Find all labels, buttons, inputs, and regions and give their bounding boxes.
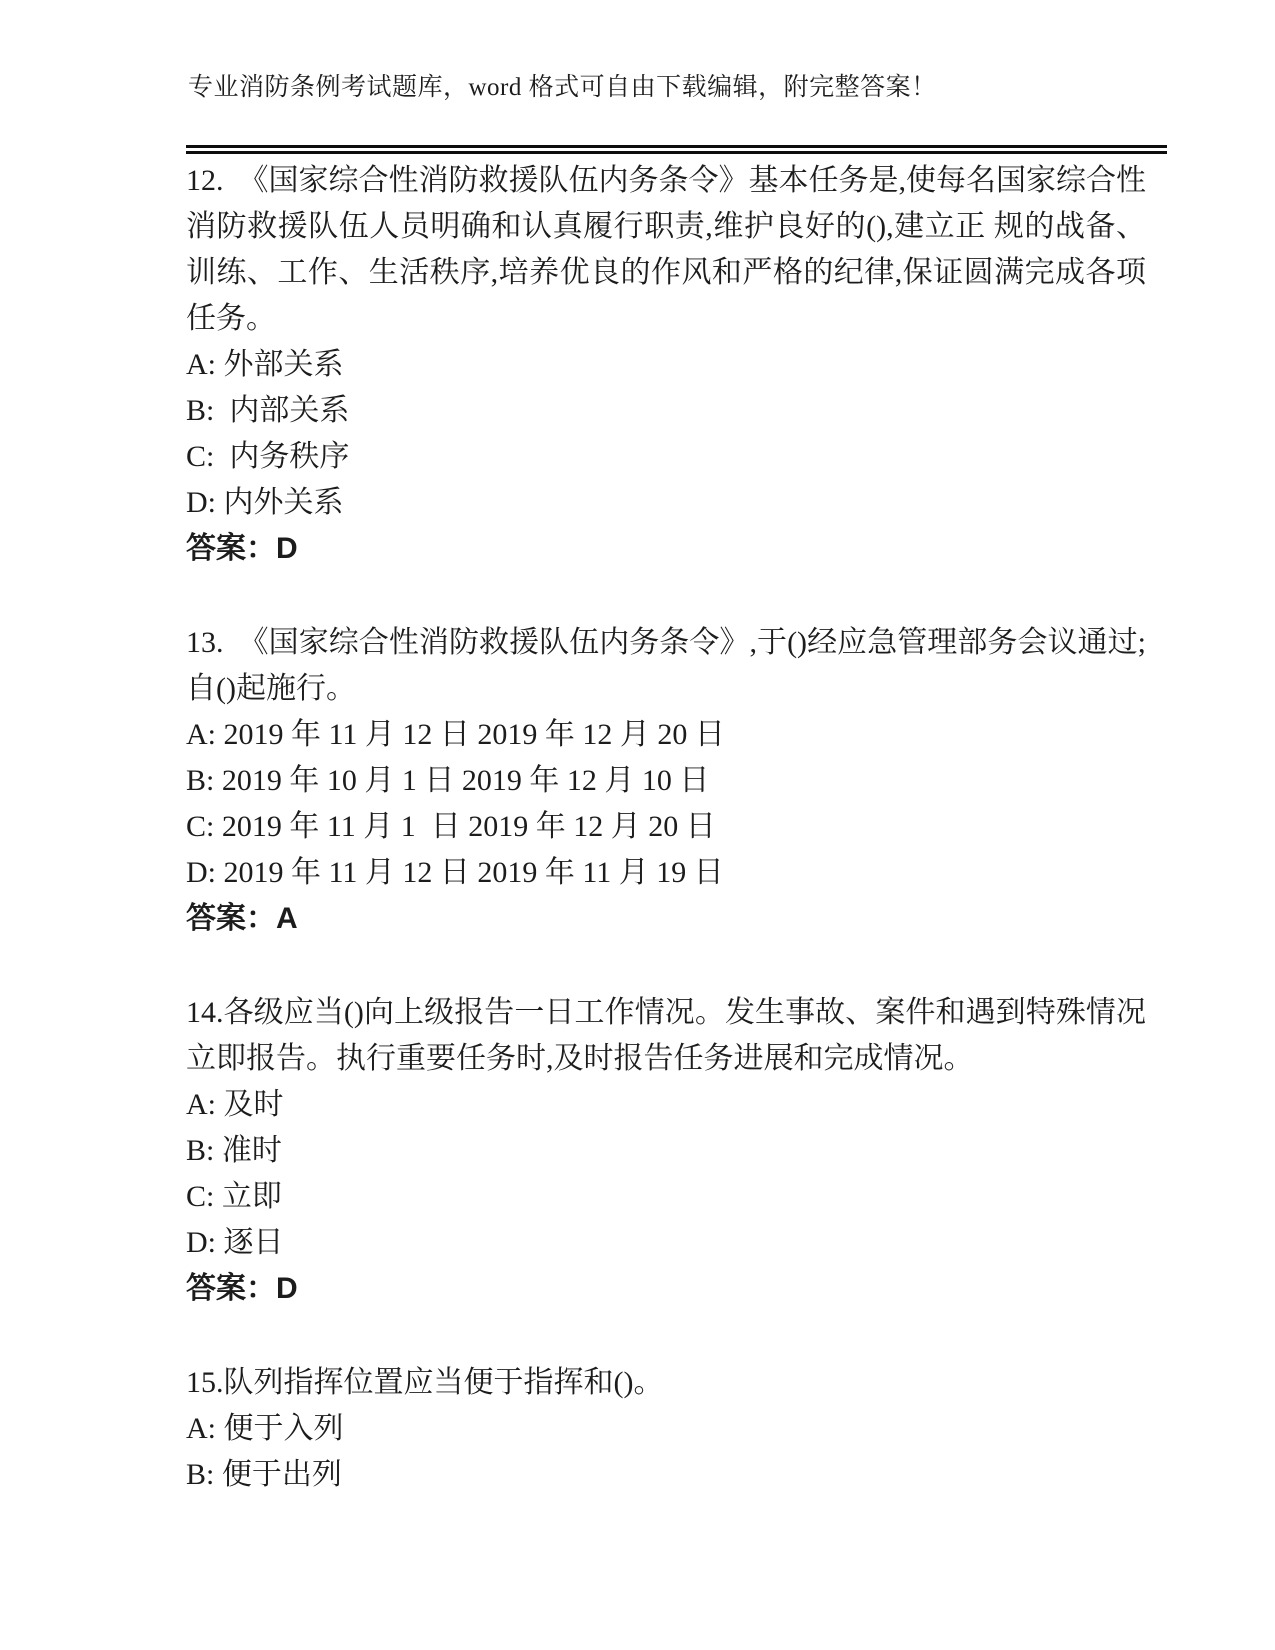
question-text: 15.队列指挥位置应当便于指挥和()。 [186, 1360, 1146, 1406]
question-block-14: 14.各级应当()向上级报告一日工作情况。发生事故、案件和遇到特殊情况立即报告。… [186, 990, 1146, 1312]
question-block-13: 13. 《国家综合性消防救援队伍内务条令》,于()经应急管理部务会议通过;自()… [186, 620, 1146, 942]
answer-value: A [276, 902, 298, 935]
option-line: D: 逐日 [186, 1220, 1146, 1266]
option-line: B: 便于出列 [186, 1452, 1146, 1498]
option-line: C: 内务秩序 [186, 434, 1146, 480]
answer-line: 答案：D [186, 526, 1146, 572]
option-line: A: 外部关系 [186, 342, 1146, 388]
question-text: 13. 《国家综合性消防救援队伍内务条令》,于()经应急管理部务会议通过;自()… [186, 620, 1146, 712]
option-line: A: 便于入列 [186, 1406, 1146, 1452]
option-line: B: 准时 [186, 1128, 1146, 1174]
question-block-12: 12. 《国家综合性消防救援队伍内务条令》基本任务是,使每名国家综合性消防救援队… [186, 158, 1146, 572]
option-line: D: 2019 年 11 月 12 日 2019 年 11 月 19 日 [186, 850, 1146, 896]
answer-value: D [276, 1272, 298, 1305]
question-block-15: 15.队列指挥位置应当便于指挥和()。A: 便于入列B: 便于出列 [186, 1360, 1146, 1498]
question-text: 12. 《国家综合性消防救援队伍内务条令》基本任务是,使每名国家综合性消防救援队… [186, 158, 1146, 342]
option-line: D: 内外关系 [186, 480, 1146, 526]
question-text: 14.各级应当()向上级报告一日工作情况。发生事故、案件和遇到特殊情况立即报告。… [186, 990, 1146, 1082]
answer-line: 答案：D [186, 1266, 1146, 1312]
answer-label: 答案： [186, 902, 276, 935]
option-line: A: 2019 年 11 月 12 日 2019 年 12 月 20 日 [186, 712, 1146, 758]
answer-label: 答案： [186, 532, 276, 565]
option-line: C: 立即 [186, 1174, 1146, 1220]
answer-line: 答案：A [186, 896, 1146, 942]
answer-value: D [276, 532, 298, 565]
questions-container: 12. 《国家综合性消防救援队伍内务条令》基本任务是,使每名国家综合性消防救援队… [186, 158, 1146, 1498]
document-page: 专业消防条例考试题库，word 格式可自由下载编辑，附完整答案！ 12. 《国家… [0, 0, 1275, 1650]
option-line: B: 2019 年 10 月 1 日 2019 年 12 月 10 日 [186, 758, 1146, 804]
header-divider [186, 145, 1167, 154]
option-line: A: 及时 [186, 1082, 1146, 1128]
page-header: 专业消防条例考试题库，word 格式可自由下载编辑，附完整答案！ [188, 72, 1168, 104]
option-line: C: 2019 年 11 月 1 日 2019 年 12 月 20 日 [186, 804, 1146, 850]
option-line: B: 内部关系 [186, 388, 1146, 434]
answer-label: 答案： [186, 1272, 276, 1305]
